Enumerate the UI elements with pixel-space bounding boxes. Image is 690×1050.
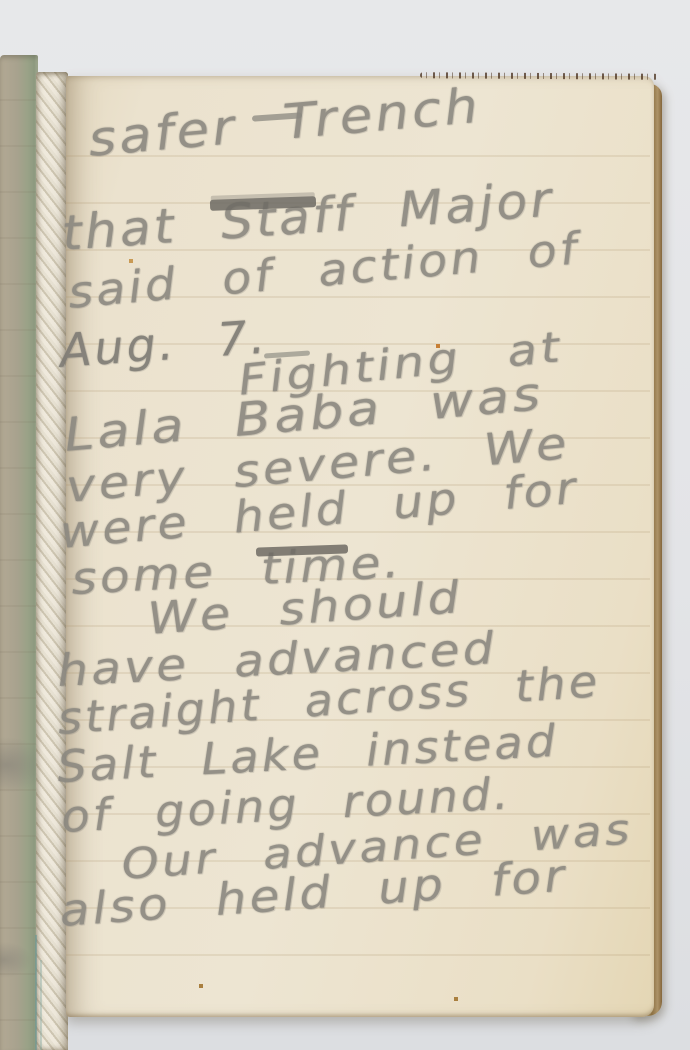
opposite-page-strip: [0, 55, 38, 1050]
foxing-dots: [0, 0, 2, 2]
binding-thread: [40, 960, 42, 1050]
photo-background: safer Trench that Staff Major said of ac…: [0, 0, 690, 1050]
binding-thread: [35, 935, 37, 1050]
